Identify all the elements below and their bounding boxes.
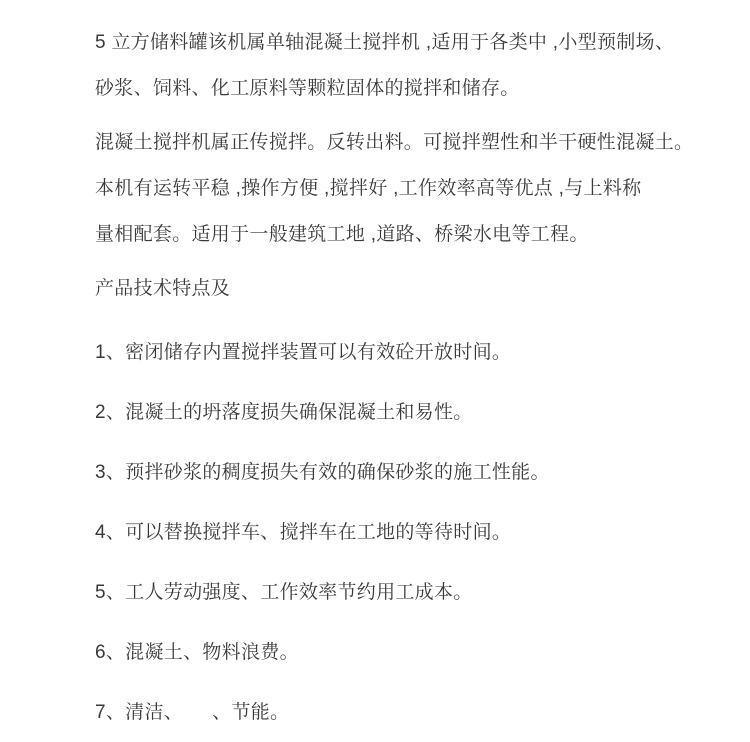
paragraph-intro: 5 立方储料罐该机属单轴混凝土搅拌机 ,适用于各类中 ,小型预制场、 砂浆、饲料… xyxy=(95,20,695,112)
text-line: 混凝土搅拌机属正传搅拌。反转出料。可搅拌塑性和半干硬性混凝土。 xyxy=(95,120,695,166)
text-line: 量相配套。适用于一般建筑工地 ,道路、桥梁水电等工程。 xyxy=(95,212,695,258)
feature-list: 1、密闭储存内置搅拌装置可以有效砼开放时间。 2、混凝土的坍落度损失确保混凝土和… xyxy=(95,330,695,736)
section-heading: 产品技术特点及 xyxy=(95,266,695,312)
feature-item: 5、工人劳动强度、工作效率节约用工成本。 xyxy=(95,570,695,616)
text-line: 5 立方储料罐该机属单轴混凝土搅拌机 ,适用于各类中 ,小型预制场、 xyxy=(95,20,695,66)
feature-item: 1、密闭储存内置搅拌装置可以有效砼开放时间。 xyxy=(95,330,695,376)
text-line: 本机有运转平稳 ,操作方便 ,搅拌好 ,工作效率高等优点 ,与上料称 xyxy=(95,166,695,212)
feature-item: 7、清洁、 、节能。 xyxy=(95,690,695,736)
paragraph-description: 混凝土搅拌机属正传搅拌。反转出料。可搅拌塑性和半干硬性混凝土。 本机有运转平稳 … xyxy=(95,120,695,258)
feature-item: 3、预拌砂浆的稠度损失有效的确保砂浆的施工性能。 xyxy=(95,450,695,496)
text-line: 砂浆、饲料、化工原料等颗粒固体的搅拌和储存。 xyxy=(95,66,695,112)
feature-item: 6、混凝土、物料浪费。 xyxy=(95,630,695,676)
feature-item: 4、可以替换搅拌车、搅拌车在工地的等待时间。 xyxy=(95,510,695,556)
document-page: 5 立方储料罐该机属单轴混凝土搅拌机 ,适用于各类中 ,小型预制场、 砂浆、饲料… xyxy=(0,0,750,742)
feature-item: 2、混凝土的坍落度损失确保混凝土和易性。 xyxy=(95,390,695,436)
